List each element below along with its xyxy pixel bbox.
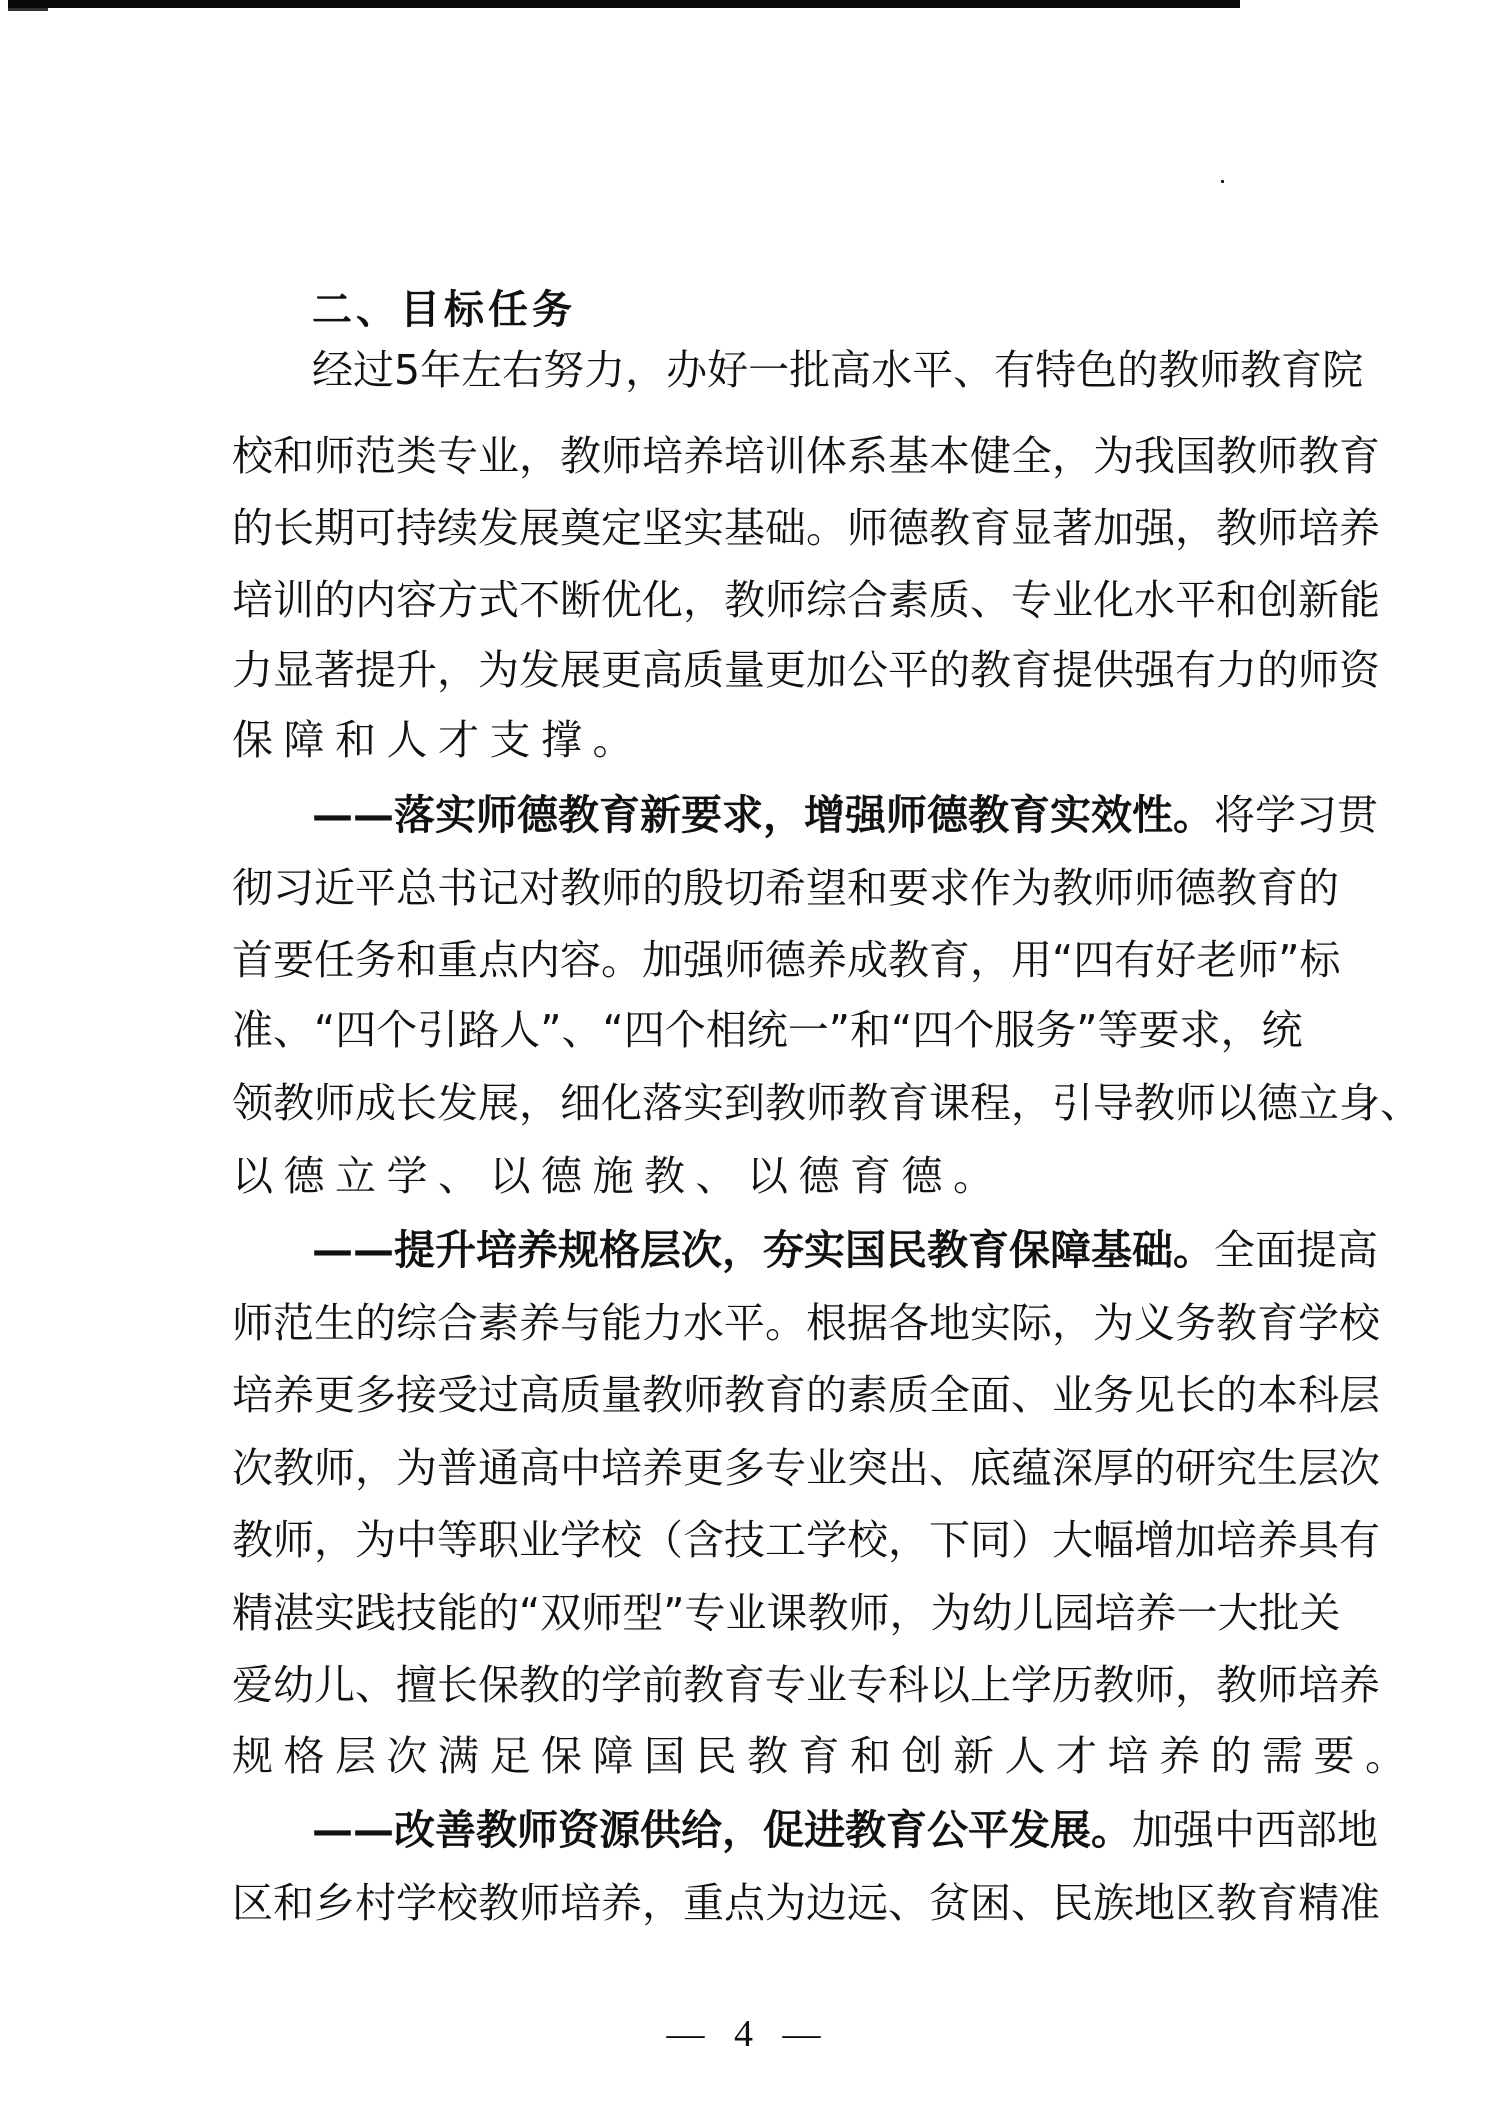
scan-speck: [1221, 180, 1224, 183]
paragraph-3-line-8: 规格层次满足保障国民教育和创新人才培养的需要。: [232, 1728, 1288, 1784]
page-number: — 4 —: [0, 2012, 1497, 2056]
paragraph-4-first-line-rest: 加强中西部地: [1132, 1806, 1378, 1854]
paragraph-1-line-1: 经过5年左右努力，办好一批高水平、有特色的教师教育院: [312, 342, 1288, 398]
paragraph-3-bold-lead: ——提升培养规格层次，夯实国民教育保障基础。: [312, 1226, 1214, 1274]
document-page: 二、目标任务 经过5年左右努力，办好一批高水平、有特色的教师教育院 校和师范类专…: [0, 0, 1497, 2104]
paragraph-1-line-4: 培训的内容方式不断优化，教师综合素质、专业化水平和创新能: [232, 572, 1288, 628]
paragraph-2-line-4: 准、“四个引路人”、“四个相统一”和“四个服务”等要求，统: [232, 1002, 1288, 1058]
paragraph-2-line-5: 领教师成长发展，细化落实到教师教育课程，引导教师以德立身、: [232, 1075, 1288, 1131]
paragraph-2-line-3: 首要任务和重点内容。加强师德养成教育，用“四有好老师”标: [232, 932, 1288, 988]
paragraph-3-line-5: 教师，为中等职业学校（含技工学校，下同）大幅增加培养具有: [232, 1512, 1288, 1568]
paragraph-1-line-3: 的长期可持续发展奠定坚实基础。师德教育显著加强，教师培养: [232, 500, 1288, 556]
paragraph-2-line-6: 以德立学、以德施教、以德育德。: [232, 1148, 1288, 1204]
paragraph-4-line-2: 区和乡村学校教师培养，重点为边远、贫困、民族地区教育精准: [232, 1875, 1288, 1931]
paragraph-2-bold-lead: ——落实师德教育新要求，增强师德教育实效性。: [312, 791, 1214, 839]
paragraph-3-line-4: 次教师，为普通高中培养更多专业突出、底蕴深厚的研究生层次: [232, 1440, 1288, 1496]
paragraph-2-line-2: 彻习近平总书记对教师的殷切希望和要求作为教师师德教育的: [232, 860, 1288, 916]
paragraph-3-line-1: ——提升培养规格层次，夯实国民教育保障基础。全面提高: [312, 1222, 1288, 1278]
paragraph-2-first-line-rest: 将学习贯: [1214, 791, 1378, 839]
paragraph-4-bold-lead: ——改善教师资源供给，促进教育公平发展。: [312, 1806, 1132, 1854]
paragraph-2-line-1: ——落实师德教育新要求，增强师德教育实效性。将学习贯: [312, 787, 1288, 843]
section-heading: 二、目标任务: [312, 282, 576, 338]
paragraph-3-line-6: 精湛实践技能的“双师型”专业课教师，为幼儿园培养一大批关: [232, 1585, 1288, 1641]
paragraph-1-line-2: 校和师范类专业，教师培养培训体系基本健全，为我国教师教育: [232, 428, 1288, 484]
paragraph-3-line-2: 师范生的综合素养与能力水平。根据各地实际，为义务教育学校: [232, 1295, 1288, 1351]
scan-edge-bar: [8, 0, 1240, 8]
paragraph-1-line-5: 力显著提升，为发展更高质量更加公平的教育提供强有力的师资: [232, 642, 1288, 698]
paragraph-1-line-6: 保障和人才支撑。: [232, 712, 1288, 768]
paragraph-3-first-line-rest: 全面提高: [1214, 1226, 1378, 1274]
paragraph-4-line-1: ——改善教师资源供给，促进教育公平发展。加强中西部地: [312, 1802, 1288, 1858]
paragraph-3-line-7: 爱幼儿、擅长保教的学前教育专业专科以上学历教师，教师培养: [232, 1657, 1288, 1713]
scan-edge-artifact: [8, 8, 48, 11]
paragraph-3-line-3: 培养更多接受过高质量教师教育的素质全面、业务见长的本科层: [232, 1367, 1288, 1423]
